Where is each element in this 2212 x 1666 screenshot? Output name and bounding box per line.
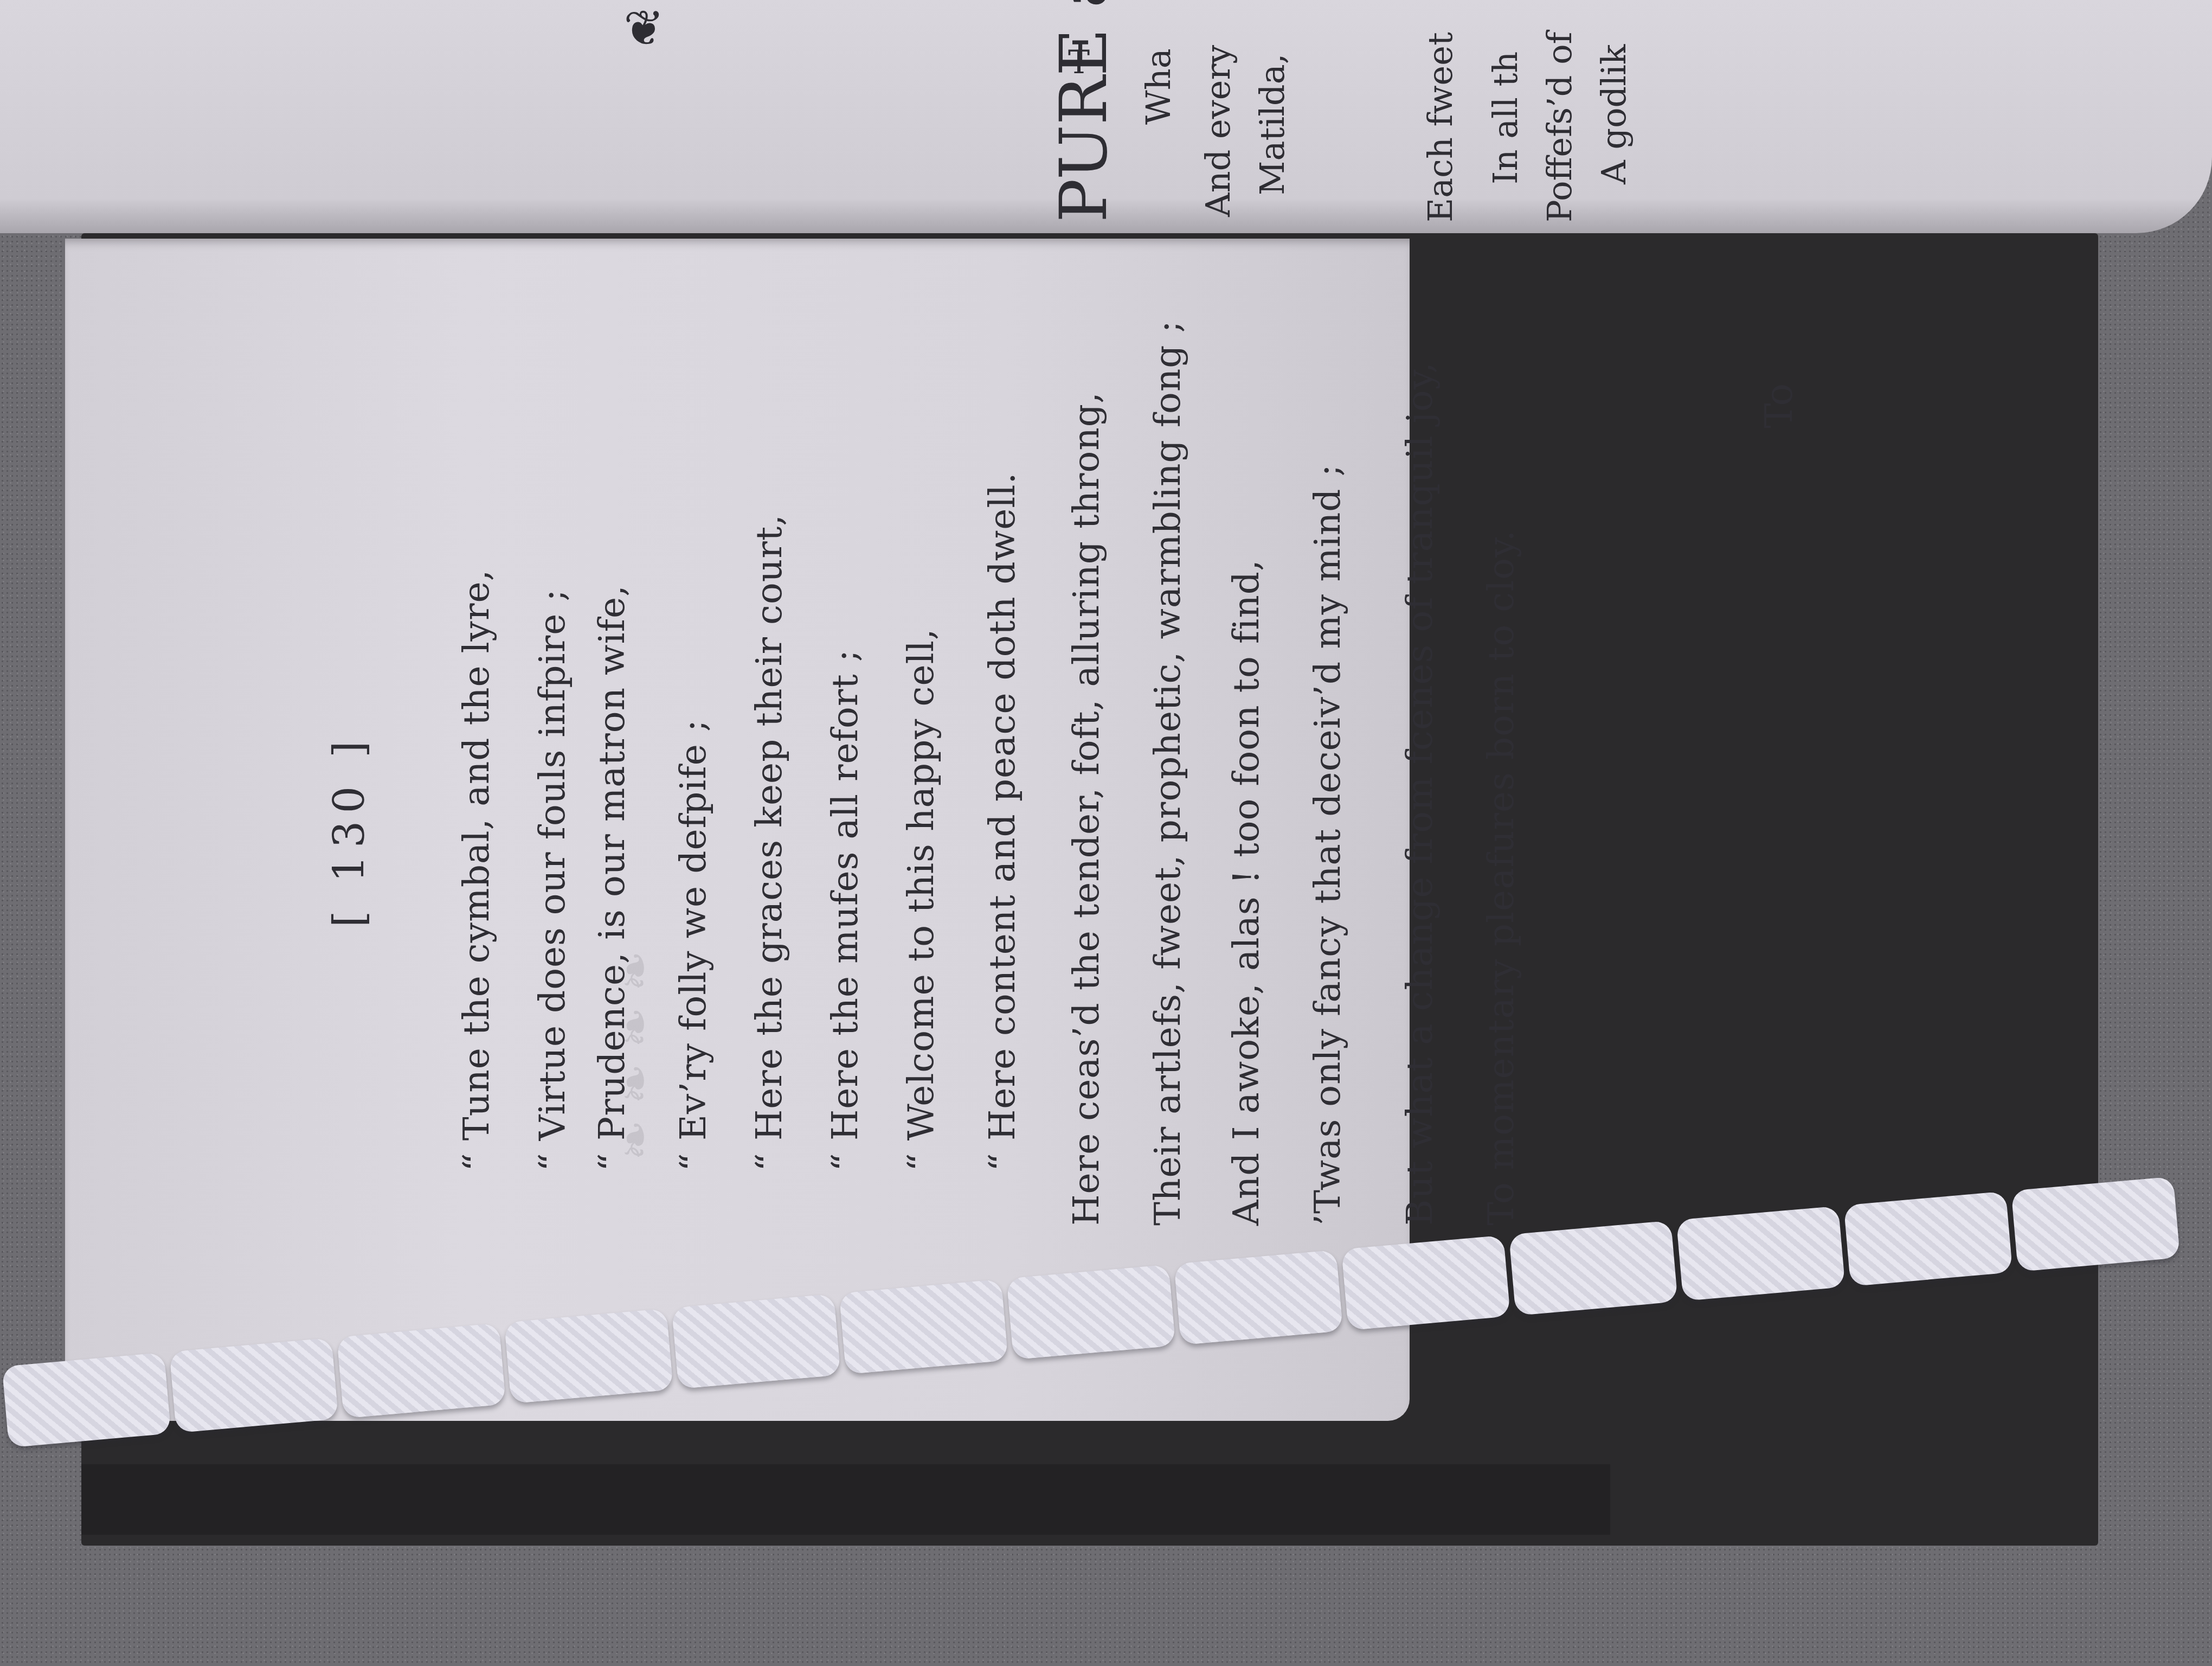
facing-fragment: And every	[1198, 45, 1238, 217]
verse-line: “ Here content and peace doth dwell.	[981, 472, 1023, 1171]
printer-ornament-icon: ❦	[623, 0, 664, 57]
verse-line: And I awoke, alas ! too foon to find,	[1225, 559, 1267, 1226]
cord-segment	[1676, 1206, 1846, 1302]
verse-line: ’Twas only fancy that deceiv’d my mind ;	[1307, 464, 1348, 1226]
facing-fragment: Each fweet	[1420, 32, 1460, 222]
verse-line: To momentary pleafures born to cloy.	[1480, 530, 1522, 1226]
facing-dropcap-line: PURE a	[1046, 0, 1122, 222]
cord-segment	[1341, 1235, 1510, 1331]
verse-line: “ Here the mufes all refort ;	[824, 649, 866, 1171]
book-spine-edge	[81, 1464, 1610, 1535]
facing-page: ❦ T PURE a Wha And every Matilda, Each f…	[0, 0, 2212, 233]
cord-segment	[1844, 1191, 2013, 1287]
page-number: [ 130 ]	[325, 734, 374, 927]
verse-line: “ Here the graces keep their court,	[748, 514, 790, 1171]
cord-segment	[1006, 1265, 1175, 1360]
cord-segment	[839, 1279, 1008, 1375]
cord-segment	[2011, 1176, 2180, 1272]
facing-fragment: A godlik	[1594, 44, 1634, 184]
verse-line: Here ceas’d the tender, foft, alluring t…	[1065, 392, 1107, 1226]
verse-line: “ Tune the cymbal, and the lyre,	[455, 569, 497, 1172]
cord-segment	[672, 1294, 841, 1389]
facing-fragment: Matilda,	[1252, 54, 1292, 195]
facing-fragment: In all th	[1486, 52, 1525, 184]
cord-segment	[337, 1323, 506, 1419]
verse-line: “ Virtue does our fouls infpire ;	[531, 589, 573, 1171]
verse-line: “ Ev’ry folly we defpife ;	[672, 719, 714, 1171]
cord-segment	[504, 1309, 673, 1404]
verse-line: But what a change from fcenes of tranqui…	[1399, 362, 1441, 1226]
cord-segment	[169, 1338, 338, 1433]
verse-line: “ Welcome to this happy cell,	[900, 628, 942, 1171]
facing-fragment: Poffefs’d of	[1540, 32, 1579, 222]
facing-fragment: Wha	[1139, 48, 1178, 125]
catchword: To	[1757, 383, 1801, 428]
verse-line: Their artlefs, fweet, prophetic, warmbli…	[1147, 320, 1188, 1226]
cord-segment	[1509, 1221, 1678, 1316]
facing-page-text: T PURE a Wha And every Matilda, Each fwe…	[1041, 0, 2212, 228]
cord-segment	[2, 1353, 171, 1448]
cord-segment	[1174, 1250, 1343, 1345]
verse-line: “ Prudence, is our matron wife,	[591, 585, 633, 1171]
